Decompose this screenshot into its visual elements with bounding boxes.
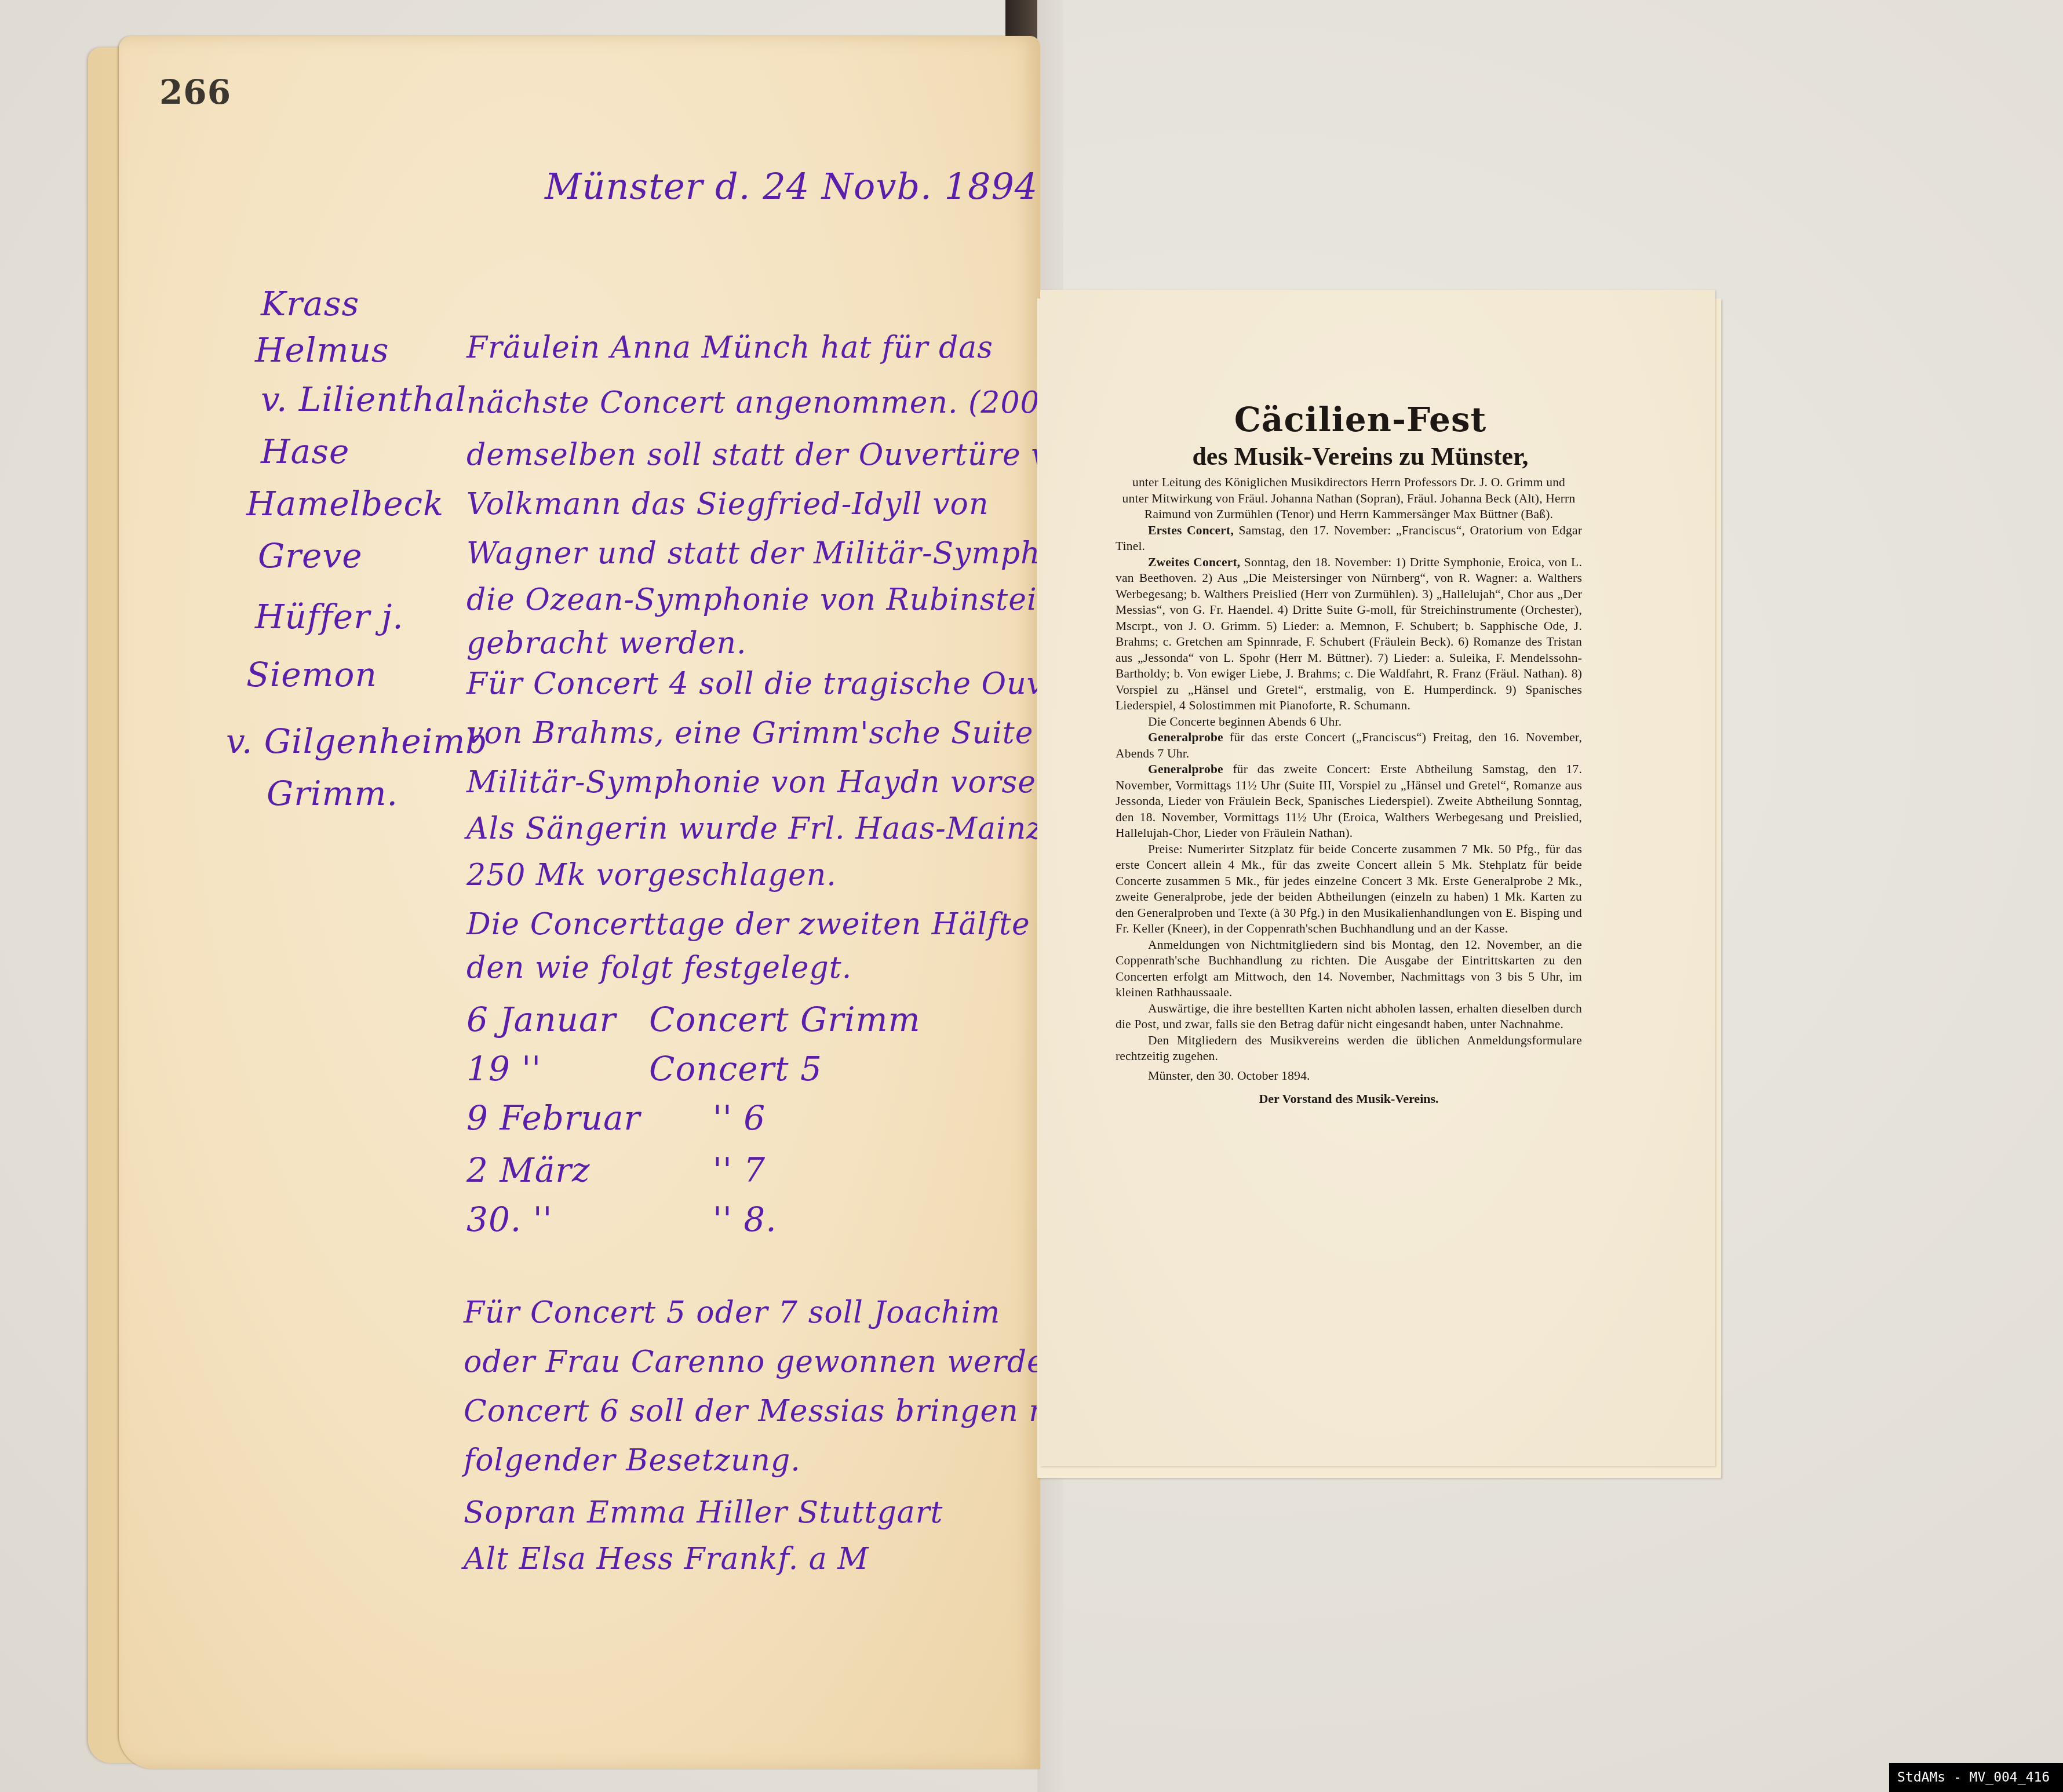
prices: Preise: Numerirter Sitzplatz für beide C…: [1116, 842, 1582, 937]
announcement-intro: unter Leitung des Königlichen Musikdirec…: [1116, 475, 1582, 523]
first-concert: Erstes Concert, Samstag, den 17. Novembe…: [1116, 523, 1582, 555]
minutes-line: Fräulein Anna Münch hat für das: [466, 330, 993, 365]
registration: Anmeldungen von Nichtmitgliedern sind bi…: [1116, 937, 1582, 1001]
attendee-name: Hamelbeck: [246, 484, 444, 523]
announcement-signature: Der Vorstand des Musik-Vereins.: [1116, 1091, 1582, 1106]
attendee-name: Greve: [258, 536, 362, 576]
schedule-concert: Concert 5: [649, 1049, 822, 1088]
announcement-dateline: Münster, den 30. October 1894.: [1116, 1068, 1582, 1083]
minutes-line: Für Concert 5 oder 7 soll Joachim: [464, 1295, 1000, 1330]
rehearsal-second: Generalprobe für das zweite Concert: Ers…: [1116, 762, 1582, 842]
announcement-title: Cäcilien-Fest: [1139, 400, 1582, 439]
announcement-subtitle: des Musik-Vereins zu Münster,: [1139, 442, 1582, 471]
announcement-content: Cäcilien-Fest des Musik-Vereins zu Münst…: [1116, 400, 1582, 1106]
attendee-name: v. Gilgenheimb: [226, 722, 487, 761]
first-concert-label: Erstes Concert,: [1148, 523, 1234, 537]
date-heading: Münster d. 24 Novb. 1894: [545, 165, 1038, 207]
minutes-line: demselben soll statt der Ouvertüre von: [466, 438, 1088, 472]
schedule-concert: '' 8.: [713, 1200, 777, 1239]
minutes-line: Militär-Symphonie von Haydn vorsehen: [466, 765, 1095, 800]
page-number: 266: [159, 72, 231, 112]
second-concert: Zweites Concert, Sonntag, den 18. Novemb…: [1116, 555, 1582, 714]
minutes-line: nächste Concert angenommen. (200) Zu: [466, 385, 1104, 420]
minutes-line: oder Frau Carenno gewonnen werden.: [464, 1345, 1076, 1379]
members-note: Den Mitgliedern des Musikvereins werden …: [1116, 1033, 1582, 1065]
second-concert-label: Zweites Concert,: [1148, 555, 1240, 569]
attendee-name: v. Lilienthal: [261, 380, 466, 419]
schedule-date: 6 Januar: [466, 1000, 616, 1039]
archive-reference-label: StdAMs - MV_004_416: [1889, 1763, 2063, 1792]
attendee-name: Helmus: [255, 330, 389, 370]
schedule-date: 30. '': [466, 1200, 553, 1239]
minutes-line: Sopran Emma Hiller Stuttgart: [464, 1495, 943, 1530]
minutes-line: Alt Elsa Hess Frankf. a M: [464, 1542, 869, 1576]
second-concert-text: Sonntag, den 18. November: 1) Dritte Sym…: [1116, 555, 1582, 713]
schedule-concert: Concert Grimm: [649, 1000, 921, 1039]
rehearsal-second-label: Generalprobe: [1148, 762, 1223, 776]
minutes-line: Als Sängerin wurde Frl. Haas-Mainz: [466, 811, 1043, 846]
attendee-name: Hase: [261, 432, 349, 471]
minutes-line: die Ozean-Symphonie von Rubinstein: [466, 582, 1057, 617]
minutes-line: 250 Mk vorgeschlagen.: [466, 858, 837, 893]
minutes-line: folgender Besetzung.: [464, 1443, 801, 1478]
schedule-concert: '' 6: [713, 1098, 766, 1138]
attendee-name: Siemon: [246, 655, 377, 694]
start-time: Die Concerte beginnen Abends 6 Uhr.: [1116, 714, 1582, 730]
rehearsal-first: Generalprobe für das erste Concert („Fra…: [1116, 730, 1582, 762]
out-of-town: Auswärtige, die ihre bestellten Karten n…: [1116, 1001, 1582, 1033]
schedule-date: 2 März: [466, 1150, 591, 1190]
attendee-name: Grimm.: [267, 774, 398, 813]
attendee-name: Hüffer j.: [255, 597, 404, 636]
attendee-name: Krass: [261, 284, 359, 323]
schedule-date: 9 Februar: [466, 1098, 640, 1138]
minutes-line: Volkmann das Siegfried-Idyll von: [466, 487, 989, 522]
minutes-line: Die Concerttage der zweiten Hälfte wur-: [466, 907, 1113, 942]
minutes-line: den wie folgt festgelegt.: [466, 950, 852, 985]
minutes-line: Concert 6 soll der Messias bringen mit: [464, 1394, 1081, 1429]
rehearsal-first-label: Generalprobe: [1148, 730, 1223, 744]
minutes-line: von Brahms, eine Grimm'sche Suite u.: [466, 716, 1074, 751]
minutes-line: Wagner und statt der Militär-Symph.: [466, 536, 1051, 571]
minutes-line: gebracht werden.: [466, 626, 746, 661]
schedule-date: 19 '': [466, 1049, 541, 1088]
schedule-concert: '' 7: [713, 1150, 766, 1190]
